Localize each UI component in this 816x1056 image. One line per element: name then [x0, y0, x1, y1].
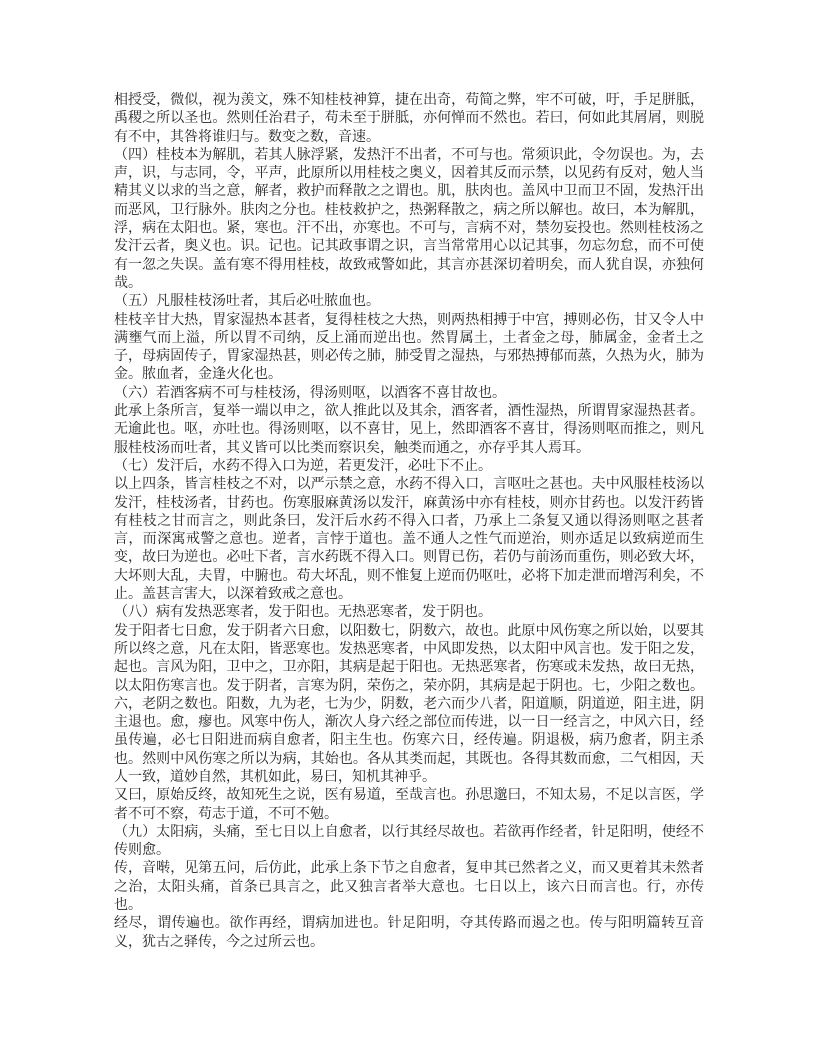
- paragraph-entry-4: （四）桂枝本为解肌，若其人脉浮紧，发热汗不出者，不可与也。常须识此，令勿误也。为…: [114, 147, 704, 293]
- paragraph-entry-6-commentary: 此承上条所言，复举一端以申之，欲人推此以及其余，酒客者，酒性湿热，所谓胃家湿热甚…: [114, 403, 704, 458]
- paragraph-entry-7-commentary: 以上四条，皆言桂枝之不对，以严示禁之意，水药不得入口，言呕吐之甚也。夫中风服桂枝…: [114, 476, 704, 604]
- paragraph-entry-9-commentary-continued: 经尽，谓传遍也。欲作再经，谓病加进也。针足阳明，夺其传路而遏之也。传与阳明篇转互…: [114, 915, 704, 952]
- paragraph-entry-8-text: （八）病有发热恶寒者，发于阳也。无热恶寒者，发于阴也。: [114, 604, 704, 622]
- paragraph-continuation-prev-entry: 相授受，微似，视为羡文，殊不知桂枝神算，捷在出奇，苟简之弊，牢不可破，吁，手足胼…: [114, 92, 704, 147]
- paragraph-entry-7-text: （七）发汗后，水药不得入口为逆，若更发汗，必吐下不止。: [114, 458, 704, 476]
- book-page: 相授受，微似，视为羡文，殊不知桂枝神算，捷在出奇，苟简之弊，牢不可破，吁，手足胼…: [0, 0, 816, 1056]
- text-block: 相授受，微似，视为羡文，殊不知桂枝神算，捷在出奇，苟简之弊，牢不可破，吁，手足胼…: [114, 92, 704, 952]
- paragraph-entry-8-commentary: 发于阳者七日愈，发于阴者六日愈，以阳数七，阴数六，故也。此原中风伤寒之所以始，以…: [114, 623, 704, 788]
- paragraph-entry-9-text: （九）太阳病，头痛，至七日以上自愈者，以行其经尽故也。若欲再作经者，针足阳明，使…: [114, 824, 704, 861]
- paragraph-entry-6-text: （六）若酒客病不可与桂枝汤，得汤则呕，以酒客不喜甘故也。: [114, 385, 704, 403]
- paragraph-entry-9-commentary: 传，音啭，见第五问，后仿此，此承上条下节之自愈者，复申其已然者之义，而又更着其未…: [114, 860, 704, 915]
- paragraph-entry-5-text: （五）凡服桂枝汤吐者，其后必吐脓血也。: [114, 293, 704, 311]
- paragraph-entry-5-commentary: 桂枝辛甘大热，胃家湿热本甚者，复得桂枝之大热，则两热相搏于中宫，搏则必伤，甘又令…: [114, 312, 704, 385]
- paragraph-entry-8-commentary-continued: 又曰，原始反终，故知死生之说，医有易道，至哉言也。孙思邈曰，不知太易，不足以言医…: [114, 787, 704, 824]
